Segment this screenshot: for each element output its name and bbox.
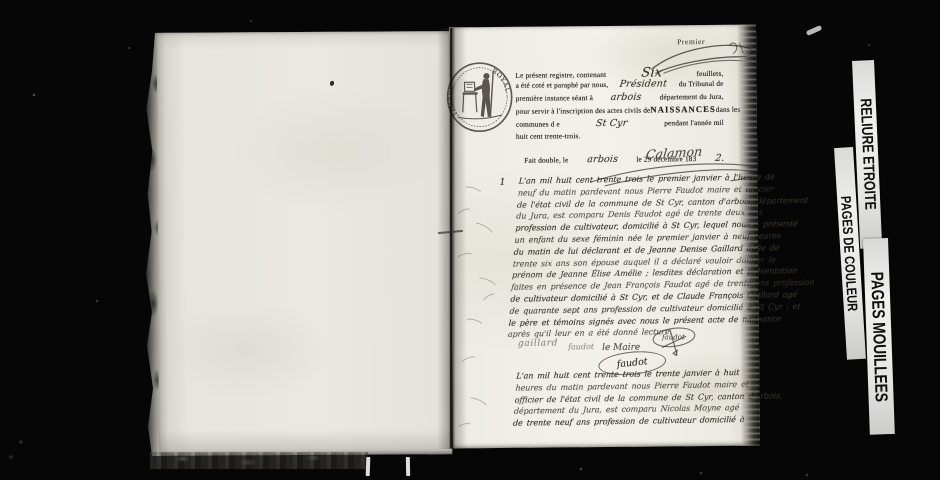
print-text: feuillets, — [697, 69, 724, 78]
svg-text:ROYAL: ROYAL — [490, 67, 511, 94]
film-scratch — [806, 25, 823, 36]
print-text: huit cent trente-trois. — [516, 131, 581, 141]
signature-paraph-rubric: faudot — [648, 325, 700, 359]
right-page: Premier TIMBRE ROYAL — [449, 25, 760, 449]
white-tick-mark — [366, 457, 371, 476]
act1-margin-number: 1 — [499, 177, 505, 188]
film-specks — [0, 0, 2, 2]
form-line-4: pour servir à l'inscription des actes ci… — [516, 104, 724, 117]
handwritten-fill-town: arbois — [610, 92, 642, 103]
signature-faudot-oval-text: faudot — [616, 356, 648, 370]
ink-spot — [330, 81, 334, 86]
microfilm-frame: Premier TIMBRE ROYAL — [0, 0, 940, 480]
ink-bleed-mark — [466, 395, 490, 413]
white-tick-mark — [406, 457, 410, 476]
print-text: dans les — [716, 105, 741, 114]
signature-faudot-small: faudot — [568, 342, 594, 351]
print-text: pendant l'année mil — [664, 118, 724, 128]
act1-paragraph: L'an mil huit cent trente trois le premi… — [507, 173, 759, 342]
ink-bleed-mark — [475, 275, 499, 292]
print-text: a été coté et paraphé par nous, — [516, 80, 609, 90]
left-page-blank — [157, 31, 453, 456]
handwritten-fill-commune: St Cyr — [596, 118, 629, 129]
archive-flag-label: PAGES MOUILLEES — [866, 271, 892, 402]
print-text: première instance séant à — [516, 93, 593, 103]
print-text: pour servir à l'inscription des actes ci… — [516, 106, 651, 116]
print-text: du Tribunal de — [679, 79, 724, 88]
print-text: Fait double, le — [524, 155, 568, 164]
naissances-heading: NAISSANCES — [650, 104, 716, 115]
signature-gaillard: gaillard — [518, 338, 558, 348]
page-stack-edge — [737, 25, 760, 446]
ink-bleed-mark — [481, 292, 498, 306]
ink-bleed-mark — [470, 220, 496, 241]
act2-paragraph: L'an mil huit cent trente trois le trent… — [512, 368, 756, 431]
book-gutter-shadow — [437, 28, 467, 449]
print-text: communes d e — [516, 119, 560, 128]
print-text: département du Jura, — [660, 92, 724, 102]
archive-flag-pages-mouillees: PAGES MOUILLEES — [863, 238, 895, 435]
stamp-text-right: ROYAL — [490, 67, 511, 94]
table-surface-band — [150, 452, 368, 469]
archive-flag-label: RELIURE ETROITE — [856, 98, 879, 210]
form-line-1: Le présent registre, contenant Six feuil… — [515, 65, 723, 78]
form-line-2: a été coté et paraphé par nous, Présiden… — [515, 78, 723, 91]
handwritten-fill-title: Président — [619, 78, 668, 89]
form-line-3: première instance séant à arbois départe… — [516, 91, 724, 104]
book-gutter-line — [450, 28, 452, 448]
form-line-6: huit cent trente-trois. — [516, 130, 724, 143]
form-line-5: communes d e St Cyr pendant l'année mil — [516, 117, 724, 130]
signature-paraph-text: faudot — [661, 333, 685, 341]
